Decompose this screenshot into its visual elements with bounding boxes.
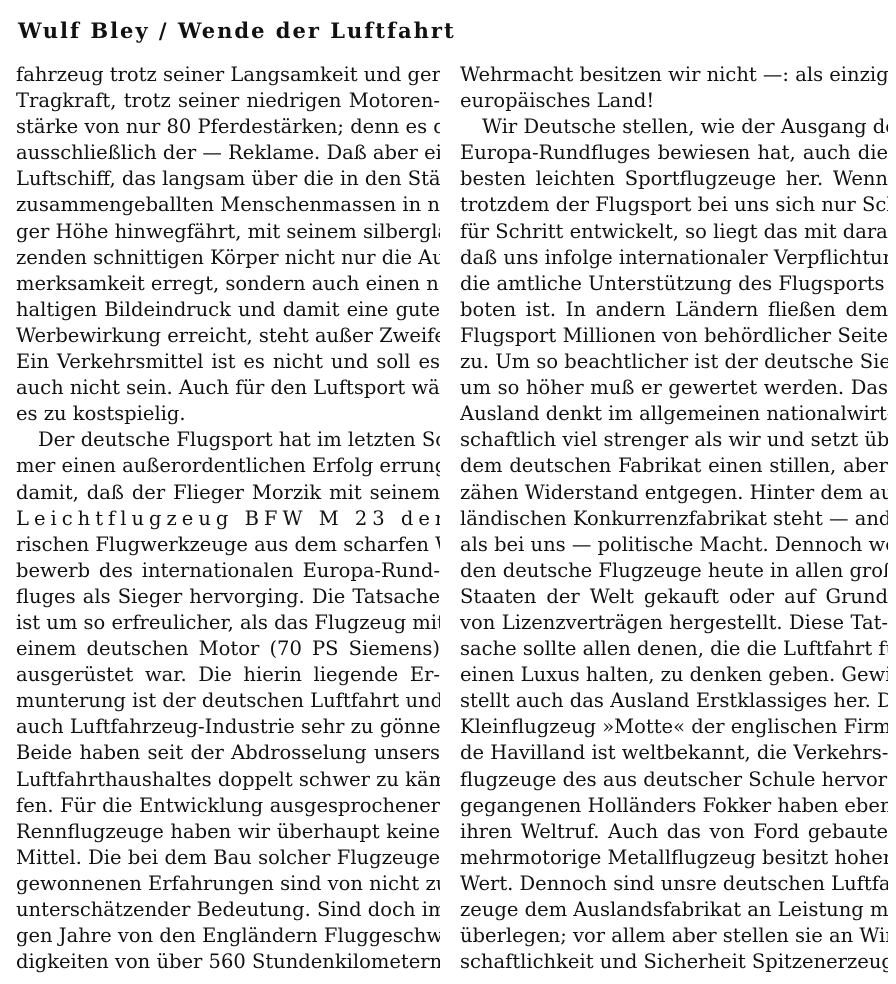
header-author: Wulf Bley bbox=[18, 18, 150, 43]
text-line: ländischen Konkurrenzfabrikat steht — an… bbox=[460, 506, 888, 532]
running-header: Wulf Bley / Wende der Luftfahrt bbox=[18, 18, 456, 43]
text-line: gen Jahre von den Engländern Fluggeschwi… bbox=[16, 923, 440, 949]
text-line: zusammengeballten Menschenmassen in nied… bbox=[16, 192, 440, 218]
text-line: daß uns infolge internationaler Verpflic… bbox=[460, 245, 888, 271]
text-line: zeuge dem Auslandsfabrikat an Leistung m… bbox=[460, 897, 888, 923]
text-line: schaftlich viel strenger als wir und set… bbox=[460, 427, 888, 453]
text-line: bewerb des internationalen Europa-Rund- bbox=[16, 558, 440, 584]
text-line: haltigen Bildeindruck und damit eine gut… bbox=[16, 297, 440, 323]
text-line: Luftschiff, das langsam über die in den … bbox=[16, 166, 440, 192]
text-line: zu. Um so beachtlicher ist der deutsche … bbox=[460, 349, 888, 375]
text-line: merksamkeit erregt, sondern auch einen n… bbox=[16, 271, 440, 297]
right-column: Wehrmacht besitzen wir nicht —: als einz… bbox=[460, 62, 888, 975]
text-line: mehrmotorige Metallflugzeug besitzt hohe… bbox=[460, 845, 888, 871]
text-line: sache sollte allen denen, die die Luftfa… bbox=[460, 636, 888, 662]
text-line: Europa-Rundfluges bewiesen hat, auch die bbox=[460, 140, 888, 166]
text-line: Rennflugzeuge haben wir überhaupt keine bbox=[16, 819, 440, 845]
text-line: einen Luxus halten, zu denken geben. Gew… bbox=[460, 662, 888, 688]
text-line: Tragkraft, trotz seiner niedrigen Motore… bbox=[16, 88, 440, 114]
text-line: de Havilland ist weltbekannt, die Verkeh… bbox=[460, 740, 888, 766]
text-line: auch nicht sein. Auch für den Luftsport … bbox=[16, 375, 440, 401]
text-line: zenden schnittigen Körper nicht nur die … bbox=[16, 245, 440, 271]
text-line: überlegen; vor allem aber stellen sie an… bbox=[460, 923, 888, 949]
text-line: es zu kostspielig. bbox=[16, 401, 440, 427]
left-column: fahrzeug trotz seiner Langsamkeit und ge… bbox=[16, 62, 440, 975]
text-line: Flugsport Millionen von behördlicher Sei… bbox=[460, 323, 888, 349]
text-line: als bei uns — politische Macht. Dennoch … bbox=[460, 532, 888, 558]
text-line: rischen Flugwerkzeuge aus dem scharfen W… bbox=[16, 532, 440, 558]
text-line: Wert. Dennoch sind unsre deutschen Luftf… bbox=[460, 871, 888, 897]
text-line: Der deutsche Flugsport hat im letzten So… bbox=[16, 427, 440, 453]
text-line: Werbewirkung erreicht, steht außer Zweif… bbox=[16, 323, 440, 349]
text-line: ist um so erfreulicher, als das Flugzeug… bbox=[16, 610, 440, 636]
text-line: für Schritt entwickelt, so liegt das mit… bbox=[460, 219, 888, 245]
text-line: auch Luftfahrzeug-Industrie sehr zu gönn… bbox=[16, 714, 440, 740]
text-line: Kleinflugzeug »Motte« der englischen Fir… bbox=[460, 714, 888, 740]
text-line: fahrzeug trotz seiner Langsamkeit und ge… bbox=[16, 62, 440, 88]
text-line: zähen Widerstand entgegen. Hinter dem au… bbox=[460, 480, 888, 506]
text-line: Wehrmacht besitzen wir nicht —: als einz… bbox=[460, 62, 888, 88]
text-line: den deutsche Flugzeuge heute in allen gr… bbox=[460, 558, 888, 584]
text-line: ger Höhe hinwegfährt, mit seinem silberg… bbox=[16, 219, 440, 245]
header-separator: / bbox=[150, 18, 178, 43]
text-line: ausgerüstet war. Die hierin liegende Er- bbox=[16, 662, 440, 688]
text-line: Wir Deutsche stellen, wie der Ausgang de… bbox=[460, 114, 888, 140]
text-line: besten leichten Sportflugzeuge her. Wenn bbox=[460, 166, 888, 192]
text-line: die amtliche Unterstützung des Flugsport… bbox=[460, 271, 888, 297]
text-line: fen. Für die Entwicklung ausgesprochener bbox=[16, 793, 440, 819]
text-line: von Lizenzverträgen hergestellt. Diese T… bbox=[460, 610, 888, 636]
header-title: Wende der Luftfahrt bbox=[178, 18, 456, 43]
text-line: Luftfahrthaushaltes doppelt schwer zu kä… bbox=[16, 767, 440, 793]
text-line: Mittel. Die bei dem Bau solcher Flugzeug… bbox=[16, 845, 440, 871]
text-line: munterung ist der deutschen Luftfahrt un… bbox=[16, 688, 440, 714]
text-line: damit, daß der Flieger Morzik mit seinem bbox=[16, 480, 440, 506]
text-line: stellt auch das Ausland Erstklassiges he… bbox=[460, 688, 888, 714]
text-line: mer einen außerordentlichen Erfolg errun… bbox=[16, 453, 440, 479]
text-line: flugzeuge des aus deutscher Schule hervo… bbox=[460, 767, 888, 793]
text-line: Staaten der Welt gekauft oder auf Grund bbox=[460, 584, 888, 610]
text-line: Leichtflugzeug BFW M 23 der Baye- bbox=[16, 506, 440, 532]
text-line: europäisches Land! bbox=[460, 88, 888, 114]
text-line: ausschließlich der — Reklame. Daß aber e… bbox=[16, 140, 440, 166]
text-line: Beide haben seit der Abdrosselung unsers bbox=[16, 740, 440, 766]
text-line: Ein Verkehrsmittel ist es nicht und soll… bbox=[16, 349, 440, 375]
text-line: trotzdem der Flugsport bei uns sich nur … bbox=[460, 192, 888, 218]
text-line: schaftlichkeit und Sicherheit Spitzenerz… bbox=[460, 949, 888, 975]
text-line: einem deutschen Motor (70 PS Siemens) bbox=[16, 636, 440, 662]
text-line: fluges als Sieger hervorging. Die Tatsac… bbox=[16, 584, 440, 610]
text-line: gewonnenen Erfahrungen sind von nicht zu bbox=[16, 871, 440, 897]
text-line: ihren Weltruf. Auch das von Ford gebaute bbox=[460, 819, 888, 845]
text-line: boten ist. In andern Ländern fließen dem bbox=[460, 297, 888, 323]
text-line: gegangenen Holländers Fokker haben ebenf… bbox=[460, 793, 888, 819]
text-line: stärke von nur 80 Pferdestärken; denn es… bbox=[16, 114, 440, 140]
text-line: digkeiten von über 560 Stundenkilometern… bbox=[16, 949, 440, 975]
text-line: dem deutschen Fabrikat einen stillen, ab… bbox=[460, 453, 888, 479]
text-line: Ausland denkt im allgemeinen nationalwir… bbox=[460, 401, 888, 427]
text-line: unterschätzender Bedeutung. Sind doch im… bbox=[16, 897, 440, 923]
text-line: um so höher muß er gewertet werden. Das bbox=[460, 375, 888, 401]
